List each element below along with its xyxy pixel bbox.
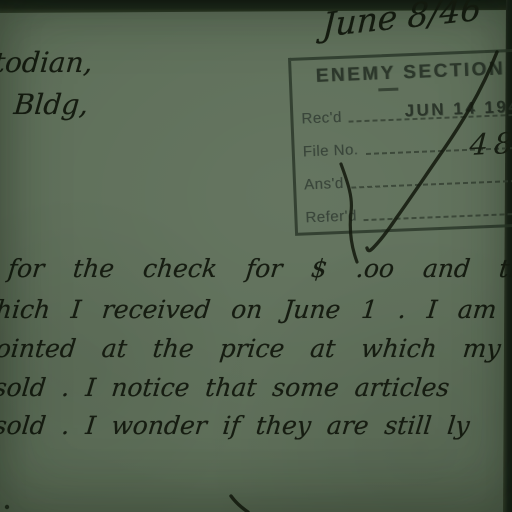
stamp-label-recd: Rec'd [301, 109, 349, 128]
stamp-title: ENEMY SECTION [291, 51, 512, 89]
address-fragment-line1: todian, [0, 46, 94, 79]
address-fragment-line2: Bldg, [13, 88, 90, 121]
stamp-label-referd: Refer'd [305, 207, 364, 226]
received-date-stamp: JUN 14 1946 [404, 96, 512, 121]
handwritten-file-number: 484 [468, 125, 512, 162]
body-line-4: sold . I notice that some articles [0, 373, 451, 402]
stamp-ruled-line [363, 185, 512, 225]
cutoff-letter-stroke [231, 496, 248, 512]
stamp-ruled-line: 484 [364, 119, 512, 159]
body-line-1: for the check for $ .oo and the [6, 254, 512, 283]
ink-speck [5, 505, 9, 509]
body-line-5: sold . I wonder if they are still ly [0, 411, 471, 440]
handwritten-date-note: June 8/46 [321, 0, 482, 45]
scanned-letter-page: June 8/46 todian, Bldg, ENEMY SECTION Re… [0, 0, 512, 512]
body-line-2: hich I received on June 1 . I am [0, 295, 498, 324]
stamp-label-ansd: Ans'd [304, 175, 351, 194]
enemy-section-stamp: ENEMY SECTION Rec'd JUN 14 1946 File No.… [288, 48, 512, 236]
stamp-label-fileno: File No. [302, 141, 365, 161]
body-line-3: ointed at the price at which my [0, 334, 502, 363]
